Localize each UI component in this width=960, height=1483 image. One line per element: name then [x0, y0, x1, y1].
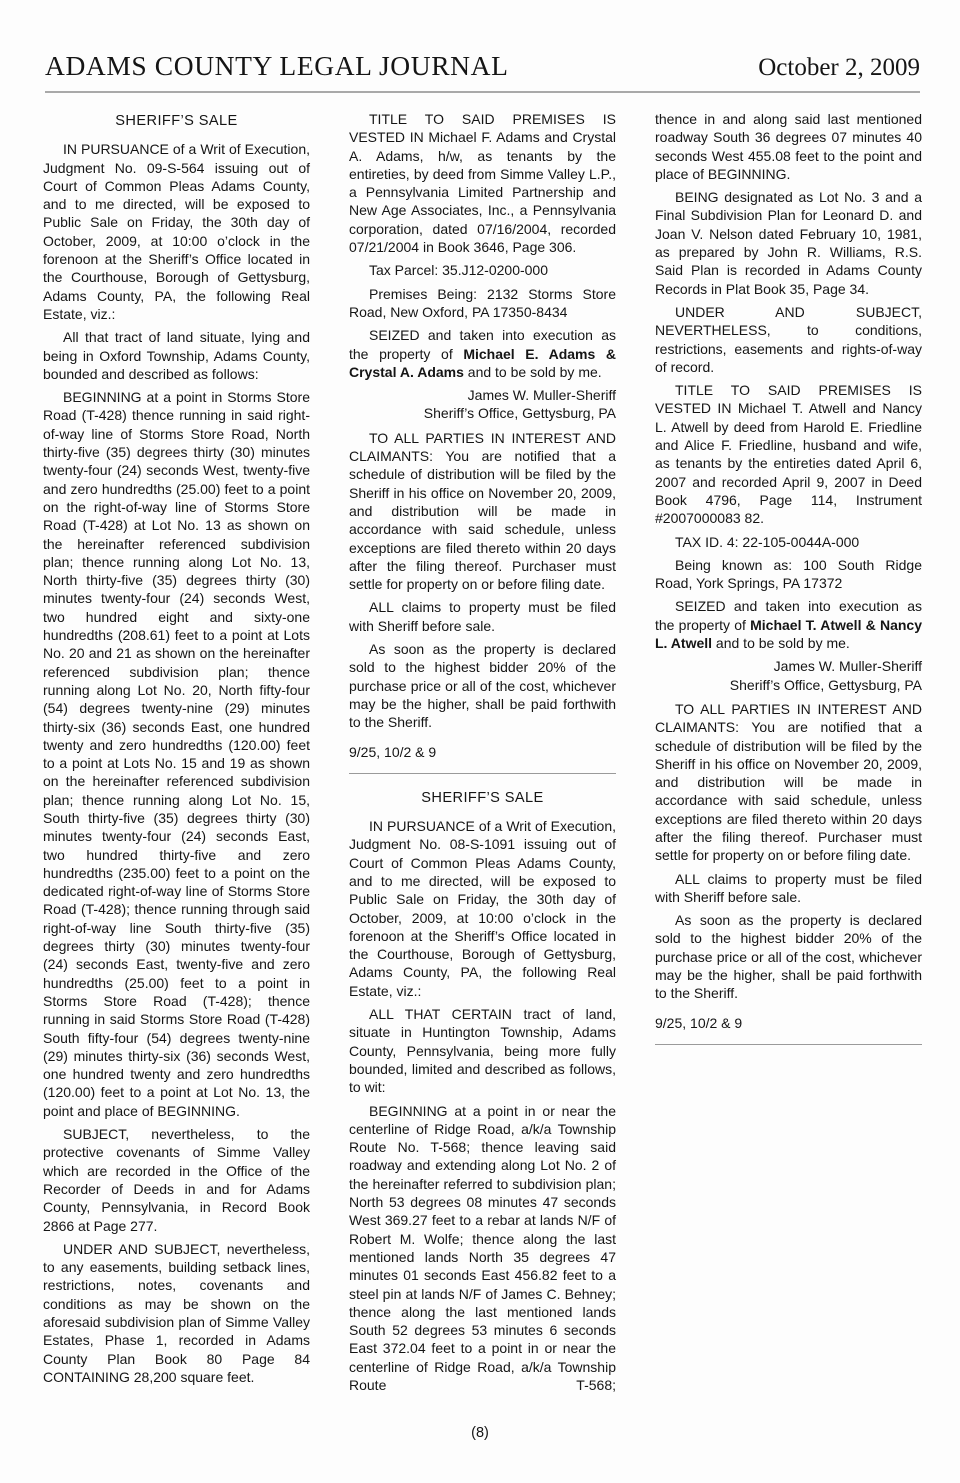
issue-date: October 2, 2009 [758, 55, 920, 80]
column-1: SHERIFF’S SALE IN PURSUANCE of a Writ of… [43, 110, 310, 1399]
pursuance-paragraph-1: IN PURSUANCE of a Writ of Execution, Jud… [43, 140, 310, 323]
under-subject-paragraph-2: UNDER AND SUBJECT, NEVERTHELESS, to cond… [655, 303, 922, 376]
beginning-paragraph-2a: BEGINNING at a point in or near the cent… [349, 1102, 616, 1395]
title-vested-paragraph-1: TITLE TO SAID PREMISES IS VESTED IN Mich… [349, 110, 616, 256]
masthead: ADAMS COUNTY LEGAL JOURNAL October 2, 20… [0, 0, 960, 80]
bidder-paragraph-2: As soon as the property is declared sold… [655, 911, 922, 1002]
designated-paragraph-2: BEING designated as Lot No. 3 and a Fina… [655, 188, 922, 298]
beginning-paragraph-2b: thence in and along said last mentioned … [655, 110, 922, 183]
signature-block-1: James W. Muller-Sheriff Sheriff’s Office… [349, 386, 616, 423]
sheriffs-sale-heading-2: SHERIFF’S SALE [349, 789, 616, 807]
journal-page: ADAMS COUNTY LEGAL JOURNAL October 2, 20… [0, 0, 960, 1483]
premises-line-1: Premises Being: 2132 Storms Store Road, … [349, 285, 616, 322]
notice-divider-1 [349, 773, 616, 774]
seized-paragraph-2: SEIZED and taken into execution as the p… [655, 597, 922, 652]
content-columns: SHERIFF’S SALE IN PURSUANCE of a Writ of… [0, 93, 960, 1399]
publication-dates-2: 9/25, 10/2 & 9 [655, 1014, 922, 1032]
signature-block-2: James W. Muller-Sheriff Sheriff’s Office… [655, 657, 922, 694]
tax-parcel-line-1: Tax Parcel: 35.J12-0200-000 [349, 261, 616, 279]
under-subject-paragraph-1: UNDER AND SUBJECT, nevertheless, to any … [43, 1240, 310, 1386]
beginning-paragraph-1: BEGINNING at a point in Storms Store Roa… [43, 388, 310, 1120]
tax-id-line-2: TAX ID. 4: 22-105-0044A-000 [655, 533, 922, 551]
subject-paragraph-1: SUBJECT, nevertheless, to the protective… [43, 1125, 310, 1235]
seized-text-post-1: and to be sold by me. [464, 364, 602, 380]
sheriff-office-2: Sheriff’s Office, Gettysburg, PA [655, 676, 922, 694]
notice-divider-2 [655, 1044, 922, 1045]
claims-paragraph-1: ALL claims to property must be filed wit… [349, 598, 616, 635]
column-2: TITLE TO SAID PREMISES IS VESTED IN Mich… [349, 110, 616, 1399]
parties-paragraph-1: TO ALL PARTIES IN INTEREST AND CLAIMANTS… [349, 429, 616, 594]
journal-title: ADAMS COUNTY LEGAL JOURNAL [45, 52, 508, 80]
column-3: thence in and along said last mentioned … [655, 110, 922, 1399]
seized-paragraph-1: SEIZED and taken into execution as the p… [349, 326, 616, 381]
sheriff-office-1: Sheriff’s Office, Gettysburg, PA [349, 404, 616, 422]
sheriff-name-1: James W. Muller-Sheriff [349, 386, 616, 404]
pursuance-paragraph-2: IN PURSUANCE of a Writ of Execution, Jud… [349, 817, 616, 1000]
sheriffs-sale-heading-1: SHERIFF’S SALE [43, 112, 310, 130]
bidder-paragraph-1: As soon as the property is declared sold… [349, 640, 616, 731]
known-as-line-2: Being known as: 100 South Ridge Road, Yo… [655, 556, 922, 593]
certain-tract-paragraph-2: ALL THAT CERTAIN tract of land, situate … [349, 1005, 616, 1096]
claims-paragraph-2: ALL claims to property must be filed wit… [655, 870, 922, 907]
publication-dates-1: 9/25, 10/2 & 9 [349, 743, 616, 761]
page-number: (8) [0, 1425, 960, 1441]
sheriff-name-2: James W. Muller-Sheriff [655, 657, 922, 675]
parties-paragraph-2: TO ALL PARTIES IN INTEREST AND CLAIMANTS… [655, 700, 922, 865]
tract-paragraph-1: All that tract of land situate, lying an… [43, 328, 310, 383]
title-vested-paragraph-2: TITLE TO SAID PREMISES IS VESTED IN Mich… [655, 381, 922, 527]
seized-text-post-2: and to be sold by me. [712, 635, 850, 651]
